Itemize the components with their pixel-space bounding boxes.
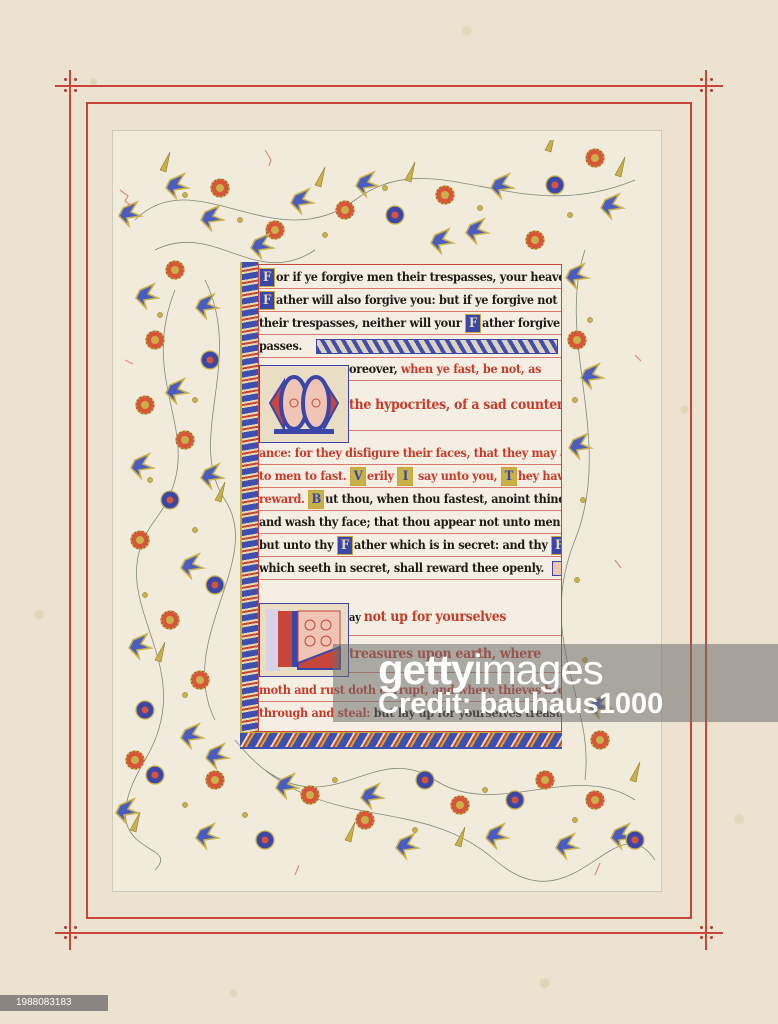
text-line-4: passes.	[259, 334, 561, 358]
initial-l-glyph	[264, 607, 344, 673]
ornamental-box	[552, 561, 561, 576]
inner-frame-bottom	[86, 917, 692, 919]
inner-frame-left	[86, 102, 88, 918]
initial-f: F	[259, 268, 275, 287]
initial-f: F	[259, 291, 275, 310]
outer-frame-left	[69, 70, 71, 950]
corner-ornament	[64, 89, 67, 92]
outer-frame-right	[705, 70, 707, 950]
text-line-3: their trespasses, neither will your Fath…	[259, 311, 561, 335]
initial-f: F	[337, 536, 353, 555]
corner-ornament	[74, 936, 77, 939]
corner-ornament	[700, 78, 703, 81]
ornamental-strip-bottom	[240, 732, 562, 749]
watermark-credit: Credit: bauhaus1000	[378, 688, 663, 721]
text-line-1: For if ye forgive men their trespasses, …	[259, 265, 561, 289]
corner-ornament	[710, 89, 713, 92]
text-line-5: oreover, when ye fast, be not, as	[349, 357, 561, 381]
inner-frame-top	[86, 102, 692, 104]
corner-ornament	[74, 926, 77, 929]
text-line-6: the hypocrites, of a sad counten-	[349, 380, 561, 431]
corner-ornament	[710, 926, 713, 929]
corner-ornament	[700, 89, 703, 92]
text-line-10: and wash thy face; that thou appear not …	[259, 510, 561, 534]
text-line-2: Father will also forgive you: but if ye …	[259, 288, 561, 312]
corner-ornament	[64, 78, 67, 81]
text-line-13: ay not up for yourselves	[349, 599, 561, 636]
ornamental-strip-left	[240, 262, 259, 747]
corner-ornament	[64, 936, 67, 939]
text-line-7: ance: for they disfigure their faces, th…	[259, 441, 561, 465]
illuminated-initial-m	[259, 365, 349, 443]
image-id-tag: 1988083183	[0, 995, 108, 1011]
text-line-8: to men to fast. Verily I say unto you, T…	[259, 464, 561, 488]
outer-frame-top	[55, 85, 723, 87]
text-line-12: which seeth in secret, shall reward thee…	[259, 556, 561, 580]
initial-v: V	[350, 467, 366, 486]
initial-i: I	[397, 467, 413, 486]
text-line-11: but unto thy Father which is in secret: …	[259, 533, 561, 557]
corner-ornament	[700, 926, 703, 929]
corner-ornament	[74, 78, 77, 81]
initial-f: F	[551, 536, 561, 555]
inner-frame-right	[690, 102, 692, 918]
corner-ornament	[700, 936, 703, 939]
watermark-logo: gettyimages	[378, 646, 603, 694]
corner-ornament	[710, 936, 713, 939]
corner-ornament	[710, 78, 713, 81]
initial-t: T	[501, 467, 517, 486]
initial-f: F	[465, 314, 481, 333]
initial-m-glyph	[264, 369, 344, 439]
ornamental-bar	[316, 339, 558, 354]
initial-b: B	[308, 490, 324, 509]
outer-frame-bottom	[55, 932, 723, 934]
text-line-9: reward. But thou, when thou fastest, ano…	[259, 487, 561, 511]
corner-ornament	[74, 89, 77, 92]
corner-ornament	[64, 926, 67, 929]
